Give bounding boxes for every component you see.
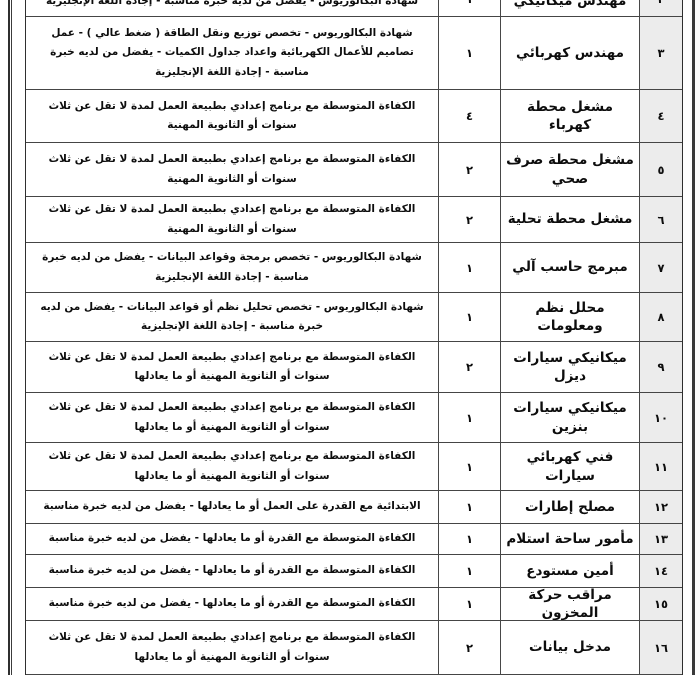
job-title: مهندس ميكانيكي xyxy=(514,0,627,10)
job-title: مبرمج حاسب آلي xyxy=(512,258,627,276)
table-row: ١٢ مصلح إطارات ١ الابتدائية مع القدرة عل… xyxy=(26,491,682,524)
vacancy-count-cell: ٢ xyxy=(438,143,500,197)
row-number-cell: ١٥ xyxy=(639,588,682,621)
qualification: شهادة البكالوريوس - تخصص برمجة وقواعد ال… xyxy=(35,248,429,287)
table-row: ٨ محلل نظم ومعلومات ١ شهادة البكالوريوس … xyxy=(26,293,682,342)
qualification: الكفاءة المتوسطة مع برنامج إعدادي بطبيعة… xyxy=(35,348,429,387)
job-title-cell: مشغل محطة كهرباء xyxy=(500,90,639,143)
job-title-cell: مهندس كهربائي xyxy=(500,17,639,90)
qualification: الكفاءة المتوسطة مع برنامج إعدادي بطبيعة… xyxy=(35,200,429,239)
vacancy-count-cell: ١ xyxy=(438,443,500,491)
job-title: ميكانيكي سيارات بنزين xyxy=(506,399,634,435)
qualification: الكفاءة المتوسطة مع برنامج إعدادي بطبيعة… xyxy=(35,447,429,486)
qualification-cell: الكفاءة المتوسطة مع برنامج إعدادي بطبيعة… xyxy=(26,443,438,491)
job-title-cell: مشغل محطة تحلية xyxy=(500,197,639,243)
job-title: ميكانيكي سيارات ديزل xyxy=(506,349,634,385)
job-title-cell: مهندس ميكانيكي xyxy=(500,0,639,17)
row-number-cell: ٩ xyxy=(639,342,682,393)
table-row: ٤ مشغل محطة كهرباء ٤ الكفاءة المتوسطة مع… xyxy=(26,90,682,143)
table-row: ١٣ مأمور ساحة استلام ١ الكفاءة المتوسطة … xyxy=(26,524,682,555)
table-row: ٩ ميكانيكي سيارات ديزل ٢ الكفاءة المتوسط… xyxy=(26,342,682,393)
row-number: ١٥ xyxy=(654,597,668,611)
vacancy-count: ١ xyxy=(466,460,473,474)
scanned-document-page: { "colors": { "row_number_bg": "#ececec"… xyxy=(0,0,700,675)
qualification-cell: شهادة البكالوريوس - تخصص تحليل نظم أو قو… xyxy=(26,293,438,342)
vacancy-count-cell: ١ xyxy=(438,243,500,293)
vacancy-count-cell: ٢ xyxy=(438,342,500,393)
row-number: ١٠ xyxy=(654,411,668,425)
qualification-cell: الكفاءة المتوسطة مع برنامج إعدادي بطبيعة… xyxy=(26,342,438,393)
qualification-cell: شهادة البكالوريوس - تخصص برمجة وقواعد ال… xyxy=(26,243,438,293)
row-number-cell: ٢ xyxy=(639,0,682,17)
job-title: مراقب حركة المخزون xyxy=(506,588,634,621)
table-row: ١٠ ميكانيكي سيارات بنزين ١ الكفاءة المتو… xyxy=(26,393,682,443)
job-title: مصلح إطارات xyxy=(525,498,615,516)
vacancy-count-cell: ١ xyxy=(438,393,500,443)
vacancy-count-cell: ١ xyxy=(438,491,500,524)
vacancy-count: ١ xyxy=(466,532,473,546)
vacancy-count: ١ xyxy=(466,261,473,275)
qualification-cell: شهادة البكالوريوس - يفضل من لديه خبرة من… xyxy=(26,0,438,17)
qualification: شهادة البكالوريوس - تخصص تحليل نظم أو قو… xyxy=(35,298,429,337)
vacancy-count-cell: ١ xyxy=(438,0,500,17)
row-number-cell: ٥ xyxy=(639,143,682,197)
row-number: ٥ xyxy=(657,163,664,177)
qualification: الكفاءة المتوسطة مع القدرة أو ما يعادلها… xyxy=(35,561,429,580)
qualification: الكفاءة المتوسطة مع برنامج إعدادي بطبيعة… xyxy=(35,150,429,189)
job-title: محلل نظم ومعلومات xyxy=(506,299,634,335)
job-title-cell: ميكانيكي سيارات بنزين xyxy=(500,393,639,443)
table-row: ١٤ أمين مستودع ١ الكفاءة المتوسطة مع الق… xyxy=(26,555,682,588)
qualification-cell: الابتدائية مع القدرة على العمل أو ما يعا… xyxy=(26,491,438,524)
job-title-cell: محلل نظم ومعلومات xyxy=(500,293,639,342)
job-title-cell: أمين مستودع xyxy=(500,555,639,588)
vacancy-count-cell: ١ xyxy=(438,293,500,342)
row-number-cell: ٤ xyxy=(639,90,682,143)
row-number: ١١ xyxy=(654,460,668,474)
qualification-cell: الكفاءة المتوسطة مع القدرة أو ما يعادلها… xyxy=(26,524,438,555)
vacancy-count-cell: ١ xyxy=(438,555,500,588)
vacancy-count: ١ xyxy=(466,500,473,514)
job-title: مدخل بيانات xyxy=(529,638,611,656)
row-number-cell: ١٦ xyxy=(639,621,682,675)
vacancy-count-cell: ١ xyxy=(438,17,500,90)
vacancy-count-cell: ١ xyxy=(438,588,500,621)
job-title-cell: مدخل بيانات xyxy=(500,621,639,675)
vacancy-count: ٢ xyxy=(466,213,473,227)
vacancy-count-cell: ٤ xyxy=(438,90,500,143)
job-title-cell: مصلح إطارات xyxy=(500,491,639,524)
row-number: ٧ xyxy=(657,261,664,275)
row-number-cell: ١١ xyxy=(639,443,682,491)
vacancy-count: ٢ xyxy=(466,163,473,177)
qualification: الكفاءة المتوسطة مع برنامج إعدادي بطبيعة… xyxy=(35,398,429,437)
vacancy-count: ٢ xyxy=(466,360,473,374)
row-number-cell: ١٠ xyxy=(639,393,682,443)
row-number-cell: ٣ xyxy=(639,17,682,90)
vacancy-count-cell: ٢ xyxy=(438,197,500,243)
row-number-cell: ١٤ xyxy=(639,555,682,588)
table-row: ١١ فني كهربائي سيارات ١ الكفاءة المتوسطة… xyxy=(26,443,682,491)
job-title-cell: فني كهربائي سيارات xyxy=(500,443,639,491)
qualification: الابتدائية مع القدرة على العمل أو ما يعا… xyxy=(35,497,429,516)
qualification-cell: الكفاءة المتوسطة مع برنامج إعدادي بطبيعة… xyxy=(26,393,438,443)
row-number-cell: ٧ xyxy=(639,243,682,293)
vacancy-count: ١ xyxy=(466,310,473,324)
table-row: ٢ مهندس ميكانيكي ١ شهادة البكالوريوس - ي… xyxy=(26,0,682,17)
vacancy-count: ١ xyxy=(466,564,473,578)
row-number: ١٣ xyxy=(654,532,668,546)
row-number: ٨ xyxy=(657,310,664,324)
qualification-cell: الكفاءة المتوسطة مع القدرة أو ما يعادلها… xyxy=(26,588,438,621)
job-title-cell: مراقب حركة المخزون xyxy=(500,588,639,621)
job-title-cell: مأمور ساحة استلام xyxy=(500,524,639,555)
job-title: مشغل محطة تحلية xyxy=(508,210,633,228)
page-border-right xyxy=(692,0,695,675)
row-number-cell: ٨ xyxy=(639,293,682,342)
qualification-cell: الكفاءة المتوسطة مع برنامج إعدادي بطبيعة… xyxy=(26,143,438,197)
vacancy-count-cell: ٢ xyxy=(438,621,500,675)
table-row: ٥ مشغل محطة صرف صحي ٢ الكفاءة المتوسطة م… xyxy=(26,143,682,197)
job-vacancies-table: ٢ مهندس ميكانيكي ١ شهادة البكالوريوس - ي… xyxy=(25,0,683,675)
qualification-cell: شهادة البكالوريوس - تخصص توزيع ونقل الطا… xyxy=(26,17,438,90)
job-title-cell: مبرمج حاسب آلي xyxy=(500,243,639,293)
row-number: ١٦ xyxy=(654,641,668,655)
qualification-cell: الكفاءة المتوسطة مع برنامج إعدادي بطبيعة… xyxy=(26,621,438,675)
row-number: ١٤ xyxy=(654,564,668,578)
vacancy-count: ١ xyxy=(466,411,473,425)
table-row: ١٦ مدخل بيانات ٢ الكفاءة المتوسطة مع برن… xyxy=(26,621,682,675)
row-number: ٢ xyxy=(657,0,664,6)
row-number: ١٢ xyxy=(654,500,668,514)
row-number-cell: ٦ xyxy=(639,197,682,243)
job-title: أمين مستودع xyxy=(526,562,614,580)
row-number: ٩ xyxy=(657,360,664,374)
job-title: فني كهربائي سيارات xyxy=(506,448,634,484)
job-title: مأمور ساحة استلام xyxy=(506,530,633,548)
row-number: ٦ xyxy=(657,213,664,227)
qualification: الكفاءة المتوسطة مع برنامج إعدادي بطبيعة… xyxy=(35,628,429,667)
job-title: مشغل محطة صرف صحي xyxy=(506,151,634,187)
qualification: شهادة البكالوريوس - يفضل من لديه خبرة من… xyxy=(35,0,429,9)
job-title-cell: ميكانيكي سيارات ديزل xyxy=(500,342,639,393)
vacancy-count: ١ xyxy=(466,0,473,6)
row-number-cell: ١٢ xyxy=(639,491,682,524)
table-row: ١٥ مراقب حركة المخزون ١ الكفاءة المتوسطة… xyxy=(26,588,682,621)
job-title: مشغل محطة كهرباء xyxy=(506,98,634,134)
qualification-cell: الكفاءة المتوسطة مع القدرة أو ما يعادلها… xyxy=(26,555,438,588)
row-number: ٣ xyxy=(657,46,664,60)
qualification: الكفاءة المتوسطة مع القدرة أو ما يعادلها… xyxy=(35,529,429,548)
row-number: ٤ xyxy=(657,109,664,123)
qualification-cell: الكفاءة المتوسطة مع برنامج إعدادي بطبيعة… xyxy=(26,197,438,243)
qualification: الكفاءة المتوسطة مع برنامج إعدادي بطبيعة… xyxy=(35,97,429,136)
job-title-cell: مشغل محطة صرف صحي xyxy=(500,143,639,197)
vacancy-count: ١ xyxy=(466,46,473,60)
qualification: شهادة البكالوريوس - تخصص توزيع ونقل الطا… xyxy=(35,24,429,82)
vacancy-count: ٢ xyxy=(466,641,473,655)
vacancy-count-cell: ١ xyxy=(438,524,500,555)
qualification: الكفاءة المتوسطة مع القدرة أو ما يعادلها… xyxy=(35,594,429,613)
table-row: ٦ مشغل محطة تحلية ٢ الكفاءة المتوسطة مع … xyxy=(26,197,682,243)
table-row: ٧ مبرمج حاسب آلي ١ شهادة البكالوريوس - ت… xyxy=(26,243,682,293)
job-title: مهندس كهربائي xyxy=(516,44,624,62)
qualification-cell: الكفاءة المتوسطة مع برنامج إعدادي بطبيعة… xyxy=(26,90,438,143)
vacancy-count: ٤ xyxy=(466,109,473,123)
vacancy-count: ١ xyxy=(466,597,473,611)
row-number-cell: ١٣ xyxy=(639,524,682,555)
page-border-left xyxy=(8,0,12,675)
table-row: ٣ مهندس كهربائي ١ شهادة البكالوريوس - تخ… xyxy=(26,17,682,90)
